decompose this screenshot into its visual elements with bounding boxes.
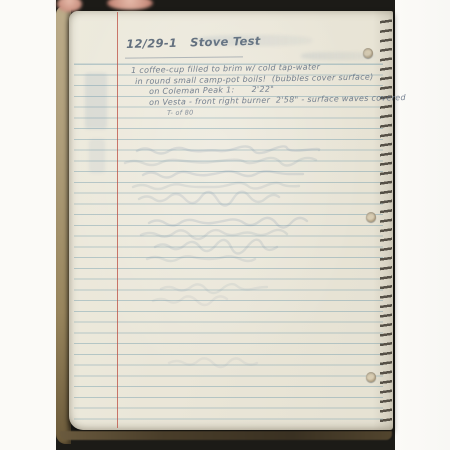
fingertip-smudge bbox=[107, 0, 153, 10]
ghost-writing bbox=[77, 139, 379, 371]
notebook-photo: 12/29-1 Stove Test 1 coffee-cup filled t… bbox=[56, 0, 395, 450]
spiral-binding bbox=[380, 14, 392, 426]
bleed-through-marks bbox=[85, 73, 107, 129]
note-line: T- of 80 bbox=[167, 108, 194, 117]
ghost-writing-smudge bbox=[301, 52, 376, 60]
notebook-page: 12/29-1 Stove Test 1 coffee-cup filled t… bbox=[69, 11, 393, 430]
ghost-writing-smudge bbox=[197, 35, 312, 46]
hole-punch bbox=[366, 372, 376, 382]
notebook-bottom-edge bbox=[60, 431, 392, 440]
